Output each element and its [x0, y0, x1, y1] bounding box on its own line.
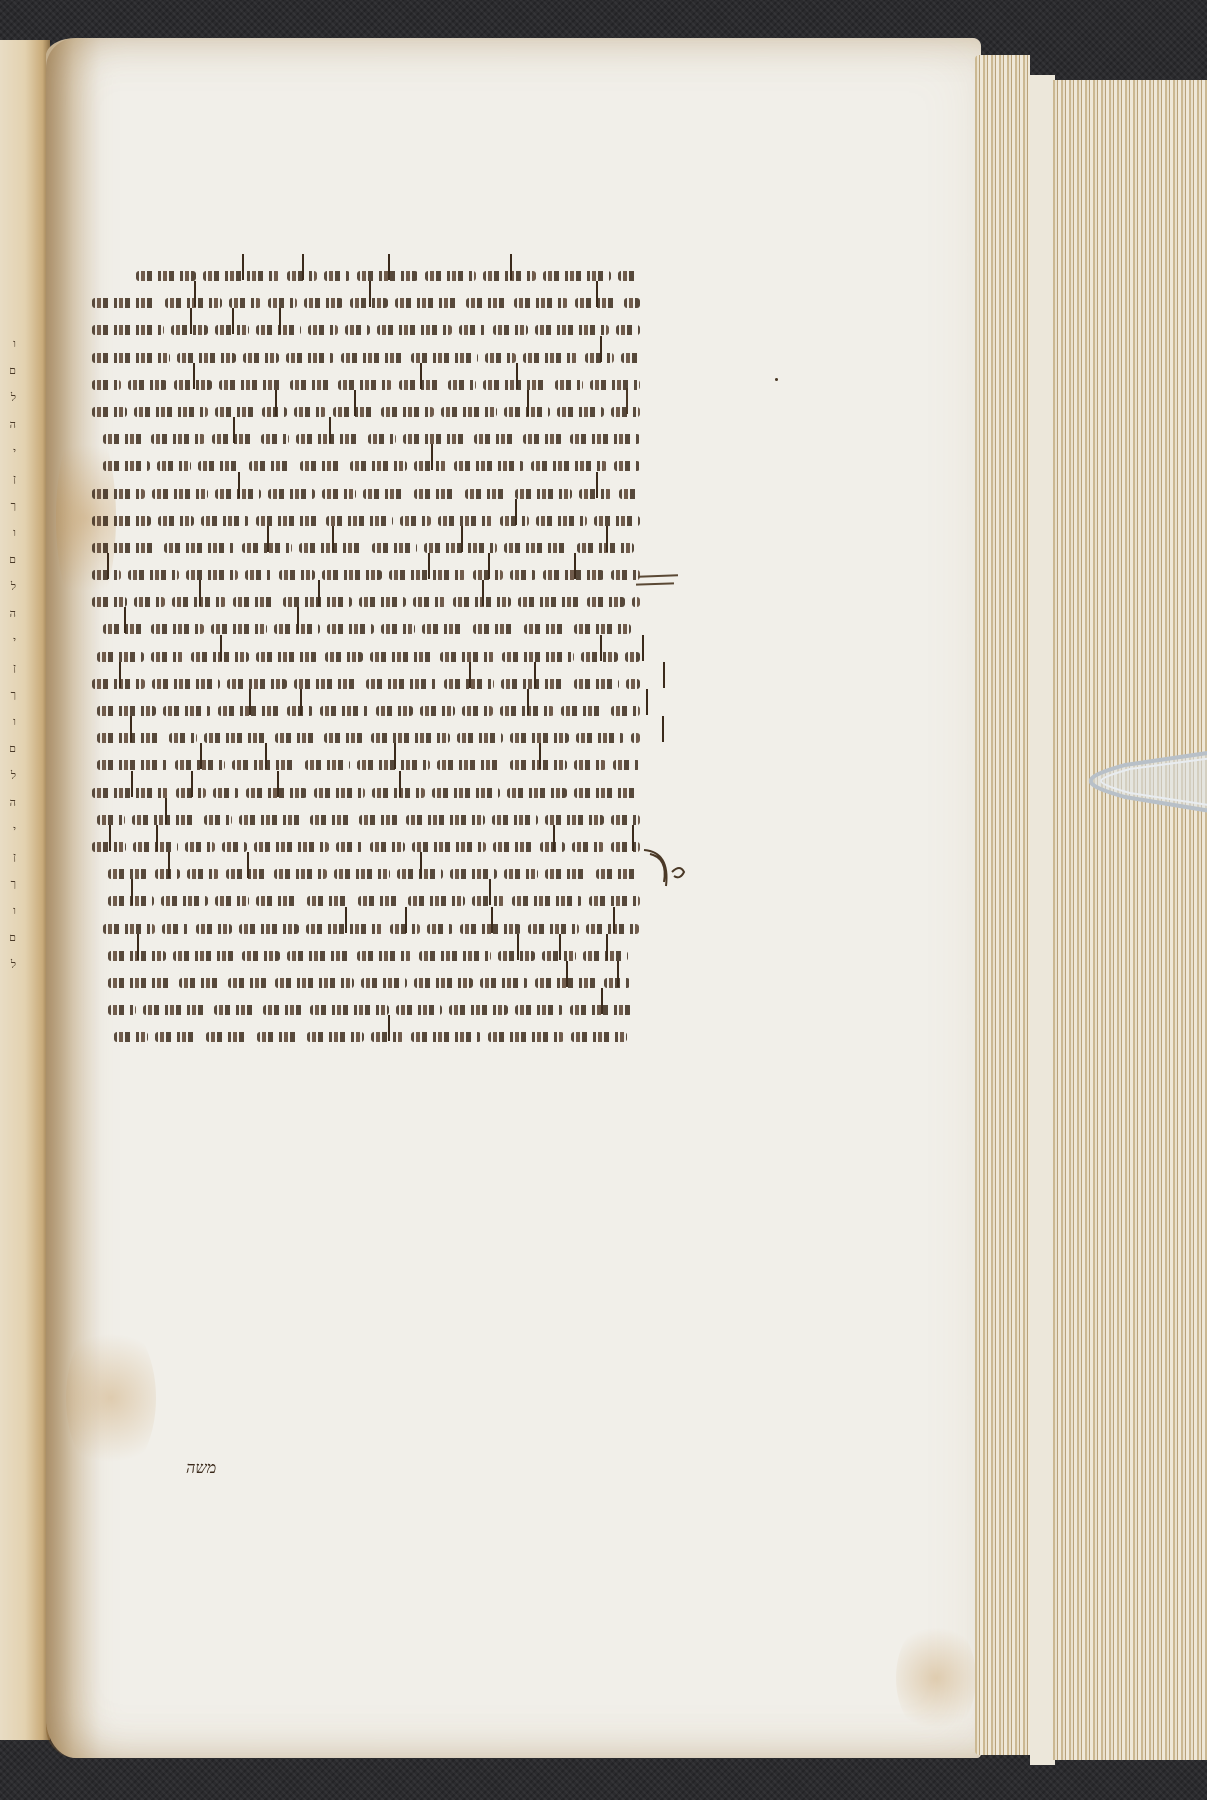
handwritten-word [412, 842, 486, 852]
handwritten-word [368, 434, 396, 444]
handwritten-word [514, 298, 568, 308]
letter-ascender [515, 499, 517, 525]
handwritten-word [324, 733, 364, 743]
handwritten-word [543, 271, 611, 281]
handwritten-word [222, 842, 247, 852]
letter-ascender [190, 308, 192, 334]
manuscript-line [92, 398, 652, 425]
handwritten-word [535, 325, 609, 335]
manuscript-line [92, 371, 652, 398]
manuscript-line [92, 588, 652, 615]
handwritten-word [161, 896, 208, 906]
letter-ascender [600, 336, 602, 362]
handwritten-word [358, 896, 401, 906]
handwritten-word [572, 842, 604, 852]
handwritten-word [151, 434, 205, 444]
book-clip-icon [1085, 735, 1207, 827]
handwritten-word [474, 434, 516, 444]
letter-ascender [527, 390, 529, 416]
handwritten-word [625, 652, 640, 662]
handwritten-word [268, 298, 297, 308]
verso-line-end: י [2, 816, 16, 843]
handwritten-word [320, 706, 369, 716]
manuscript-line [92, 262, 652, 289]
letter-ascender [107, 553, 109, 579]
letter-ascender [220, 635, 222, 661]
handwritten-word [504, 543, 570, 553]
handwritten-word [134, 597, 165, 607]
letter-ascender [267, 526, 269, 552]
handwritten-word [441, 407, 497, 417]
handwritten-word [440, 652, 495, 662]
handwritten-word [308, 325, 338, 335]
handwritten-word [480, 978, 528, 988]
manuscript-line [92, 915, 652, 942]
handwritten-word [151, 652, 184, 662]
handwritten-word [310, 815, 352, 825]
handwritten-word [228, 978, 268, 988]
verso-line-end: ן [2, 654, 16, 681]
handwritten-word [243, 353, 279, 363]
letter-ascender [642, 635, 644, 661]
letter-ascender [574, 553, 576, 579]
handwritten-word [219, 380, 283, 390]
handwritten-word [214, 1005, 256, 1015]
verso-line-end: ו [2, 330, 16, 357]
handwritten-word [626, 679, 640, 689]
handwritten-word [545, 815, 604, 825]
handwritten-word [515, 1005, 563, 1015]
letter-ascender [191, 771, 193, 797]
handwritten-word [196, 924, 232, 934]
handwritten-word [322, 489, 356, 499]
handwritten-word [377, 325, 452, 335]
verso-line-end: ם [2, 735, 16, 762]
handwritten-word [103, 924, 155, 934]
letter-ascender [249, 689, 251, 715]
handwritten-word [201, 516, 249, 526]
letter-ascender [606, 526, 608, 552]
handwritten-word [432, 788, 500, 798]
handwritten-word [92, 353, 170, 363]
verso-line-end: ה [2, 411, 16, 438]
handwritten-word [157, 461, 191, 471]
letter-ascender [553, 825, 555, 851]
handwritten-word [152, 489, 208, 499]
handwritten-word [97, 706, 156, 716]
handwritten-word [215, 407, 255, 417]
letter-ascender [405, 907, 407, 933]
main-text-block [92, 262, 652, 1050]
handwritten-word [419, 951, 491, 961]
handwritten-word [370, 652, 433, 662]
letter-ascender [300, 689, 302, 715]
handwritten-word [322, 570, 382, 580]
handwritten-word [162, 924, 189, 934]
letter-ascender [559, 934, 561, 960]
handwritten-word [173, 951, 235, 961]
handwritten-word [403, 434, 467, 444]
handwritten-word [396, 1005, 442, 1015]
handwritten-word [249, 461, 293, 471]
handwritten-word [338, 380, 392, 390]
handwritten-word [211, 624, 267, 634]
verso-line-end: ל [2, 762, 16, 789]
handwritten-word [632, 597, 640, 607]
letter-ascender [428, 553, 430, 579]
manuscript-line [92, 779, 652, 806]
handwritten-word [427, 924, 453, 934]
handwritten-word [261, 434, 289, 444]
handwritten-word [350, 461, 407, 471]
letter-ascender [566, 961, 568, 987]
handwritten-word [454, 461, 524, 471]
handwritten-word [134, 407, 208, 417]
handwritten-word [275, 978, 354, 988]
handwritten-word [334, 869, 390, 879]
letter-ascender [277, 771, 279, 797]
verso-line-end: י [2, 438, 16, 465]
letter-ascender [297, 607, 299, 633]
handwritten-word [300, 461, 343, 471]
handwritten-word [204, 815, 232, 825]
handwritten-word [518, 597, 580, 607]
handwritten-word [466, 298, 507, 308]
handwritten-word [449, 1005, 508, 1015]
letter-ascender [600, 635, 602, 661]
handwritten-word [187, 869, 219, 879]
handwritten-word [363, 489, 407, 499]
margin-mark-vertical [626, 388, 628, 414]
handwritten-word [524, 624, 567, 634]
handwritten-word [307, 1032, 364, 1042]
letter-ascender [527, 689, 529, 715]
handwritten-word [310, 1005, 389, 1015]
letter-ascender [388, 1015, 390, 1041]
handwritten-word [465, 489, 508, 499]
verso-line-end: ו [2, 897, 16, 924]
handwritten-word [307, 896, 351, 906]
handwritten-word [631, 733, 640, 743]
letter-ascender [242, 254, 244, 280]
handwritten-word [215, 896, 249, 906]
handwritten-word [204, 733, 268, 743]
verso-line-end: ל [2, 573, 16, 600]
manuscript-line [92, 425, 652, 452]
handwritten-word [198, 461, 242, 471]
handwritten-word [92, 543, 157, 553]
manuscript-line [92, 860, 652, 887]
handwritten-word [406, 815, 485, 825]
handwritten-word [596, 869, 640, 879]
manuscript-line [92, 697, 652, 724]
handwritten-word [408, 896, 465, 906]
letter-ascender [388, 254, 390, 280]
handwritten-word [574, 788, 639, 798]
letter-ascender [482, 580, 484, 606]
handwritten-word [336, 842, 363, 852]
handwritten-word [462, 706, 493, 716]
handwritten-word [314, 788, 365, 798]
page-edge-gap [1030, 75, 1055, 1765]
handwritten-word [275, 733, 317, 743]
handwritten-word [268, 489, 315, 499]
manuscript-line [92, 643, 652, 670]
handwritten-word [457, 733, 503, 743]
handwritten-word [400, 516, 431, 526]
letter-ascender [168, 852, 170, 878]
verso-text-fragments: וםלהיןךוםלהיןךוםלהיןךוםל [2, 330, 16, 978]
letter-ascender [394, 743, 396, 769]
verso-line-end: ו [2, 708, 16, 735]
letter-ascender [399, 771, 401, 797]
handwritten-word [239, 815, 303, 825]
handwritten-word [376, 706, 413, 716]
letter-ascender [488, 553, 490, 579]
letter-ascender [109, 825, 111, 851]
handwritten-word [345, 325, 370, 335]
verso-line-end: ך [2, 492, 16, 519]
manuscript-line [92, 480, 652, 507]
handwritten-word [341, 353, 404, 363]
letter-ascender [131, 771, 133, 797]
verso-line-end: ם [2, 357, 16, 384]
handwritten-word [587, 597, 625, 607]
letter-ascender [302, 254, 304, 280]
handwritten-word [114, 1032, 148, 1042]
handwritten-word [473, 624, 517, 634]
letter-ascender [194, 281, 196, 307]
letter-ascender [124, 607, 126, 633]
handwritten-word [92, 325, 164, 335]
handwritten-word [510, 733, 569, 743]
handwritten-word [372, 543, 417, 553]
handwritten-word [504, 869, 538, 879]
handwritten-word [411, 353, 478, 363]
handwritten-word [545, 869, 589, 879]
letter-ascender [469, 662, 471, 688]
ink-speck [775, 378, 778, 381]
handwritten-word [305, 760, 350, 770]
handwritten-word [493, 325, 528, 335]
manuscript-line [92, 833, 652, 860]
handwritten-word [611, 706, 640, 716]
verso-page-fragment: וםלהיןךוםלהיןךוםלהיןךוםל [0, 40, 50, 1740]
letter-ascender [131, 879, 133, 905]
letter-ascender [596, 472, 598, 498]
handwritten-word [492, 815, 538, 825]
handwritten-word [574, 760, 606, 770]
handwritten-word [359, 815, 399, 825]
fore-edge-page-stack [975, 55, 1207, 1755]
handwritten-word [179, 978, 221, 988]
letter-ascender [491, 907, 493, 933]
handwritten-word [128, 380, 167, 390]
handwritten-word [512, 896, 582, 906]
handwritten-word [327, 624, 374, 634]
handwritten-word [103, 461, 150, 471]
handwritten-word [128, 570, 179, 580]
letter-ascender [238, 472, 240, 498]
handwritten-word [621, 353, 640, 363]
letter-ascender [534, 662, 536, 688]
manuscript-line [92, 534, 652, 561]
letter-ascender [461, 526, 463, 552]
handwritten-word [206, 1032, 250, 1042]
handwritten-word [242, 951, 280, 961]
handwritten-word [488, 1032, 564, 1042]
handwritten-word [395, 298, 459, 308]
handwritten-word [357, 951, 412, 961]
handwritten-word [257, 1032, 300, 1042]
handwritten-word [448, 380, 476, 390]
letter-ascender [156, 825, 158, 851]
handwritten-word [213, 788, 239, 798]
handwritten-word [92, 516, 151, 526]
verso-line-end: ך [2, 681, 16, 708]
handwritten-word [366, 679, 437, 689]
handwritten-word [92, 380, 121, 390]
handwritten-word [422, 624, 466, 634]
manuscript-line [92, 561, 652, 588]
handwritten-word [371, 733, 450, 743]
verso-line-end: ה [2, 789, 16, 816]
manuscript-line [92, 942, 652, 969]
manuscript-line [92, 289, 652, 316]
handwritten-word [151, 624, 204, 634]
verso-line-end: י [2, 627, 16, 654]
handwritten-word [420, 706, 455, 716]
handwritten-word [561, 706, 604, 716]
letter-ascender [193, 363, 195, 389]
letter-ascender [233, 417, 235, 443]
handwritten-word [611, 815, 640, 825]
letter-ascender [617, 961, 619, 987]
letter-ascender [431, 444, 433, 470]
manuscript-line [92, 724, 652, 751]
letter-ascender [199, 580, 201, 606]
handwritten-word [256, 652, 318, 662]
handwritten-word [164, 543, 235, 553]
handwritten-word [613, 760, 640, 770]
handwritten-word [359, 597, 406, 607]
letter-ascender [247, 852, 249, 878]
letter-ascender [420, 852, 422, 878]
letter-ascender [646, 689, 648, 715]
handwritten-word [414, 489, 458, 499]
handwritten-word [459, 325, 486, 335]
manuscript-line [92, 751, 652, 778]
letter-ascender [606, 934, 608, 960]
handwritten-word [92, 597, 127, 607]
handwritten-word [437, 760, 503, 770]
handwritten-word [614, 461, 640, 471]
handwritten-word [414, 978, 473, 988]
letter-ascender [165, 798, 167, 824]
handwritten-word [590, 380, 640, 390]
letter-ascender [596, 281, 598, 307]
handwritten-word [523, 353, 578, 363]
handwritten-word [611, 570, 640, 580]
handwritten-word [227, 679, 287, 689]
letter-ascender [332, 526, 334, 552]
foxing-stain [66, 1318, 156, 1478]
handwritten-word [485, 353, 516, 363]
footer-catchword: משה [186, 1458, 216, 1478]
handwritten-word [294, 679, 359, 689]
letter-ascender [516, 363, 518, 389]
handwritten-word [536, 516, 587, 526]
handwritten-word [233, 597, 276, 607]
handwritten-word [515, 489, 572, 499]
handwritten-word [413, 597, 446, 607]
handwritten-word [493, 842, 533, 852]
handwritten-word [290, 380, 331, 390]
handwritten-word [324, 271, 350, 281]
handwritten-word [425, 271, 476, 281]
verso-line-end: ל [2, 951, 16, 978]
manuscript-line [92, 1023, 652, 1050]
page-edges-front [975, 55, 1030, 1755]
letter-ascender [517, 934, 519, 960]
handwritten-word [361, 978, 407, 988]
handwritten-word [616, 325, 640, 335]
letter-ascender [119, 662, 121, 688]
letter-ascender [354, 390, 356, 416]
verso-line-end: ך [2, 870, 16, 897]
handwritten-word [108, 869, 148, 879]
letter-ascender [279, 308, 281, 334]
handwritten-word [286, 353, 334, 363]
letter-ascender [601, 988, 603, 1014]
handwritten-word [294, 407, 326, 417]
handwritten-word [507, 788, 567, 798]
handwritten-word [155, 1032, 199, 1042]
letter-ascender [613, 907, 615, 933]
manuscript-line [92, 507, 652, 534]
verso-line-end: ה [2, 600, 16, 627]
handwritten-word [619, 489, 640, 499]
letter-ascender [510, 254, 512, 280]
handwritten-word [450, 869, 497, 879]
letter-ascender [318, 580, 320, 606]
handwritten-word [502, 652, 574, 662]
handwritten-word [274, 869, 327, 879]
handwritten-word [143, 1005, 207, 1015]
handwritten-word [254, 842, 329, 852]
handwritten-word [576, 733, 624, 743]
handwritten-word [574, 624, 631, 634]
handwritten-word [438, 516, 493, 526]
handwritten-word [152, 679, 220, 689]
handwritten-word [279, 570, 315, 580]
handwritten-word [555, 380, 583, 390]
handwritten-word [624, 298, 640, 308]
foxing-stain [896, 1618, 976, 1738]
letter-ascender [369, 281, 371, 307]
handwritten-word [97, 760, 168, 770]
manuscript-line [92, 670, 652, 697]
handwritten-word [92, 489, 145, 499]
handwritten-word [325, 652, 363, 662]
letter-ascender [662, 716, 664, 742]
handwritten-word [381, 624, 415, 634]
verso-line-end: ם [2, 924, 16, 951]
handwritten-word [304, 298, 343, 308]
handwritten-word [570, 434, 640, 444]
handwritten-word [186, 570, 238, 580]
handwritten-word [97, 652, 144, 662]
